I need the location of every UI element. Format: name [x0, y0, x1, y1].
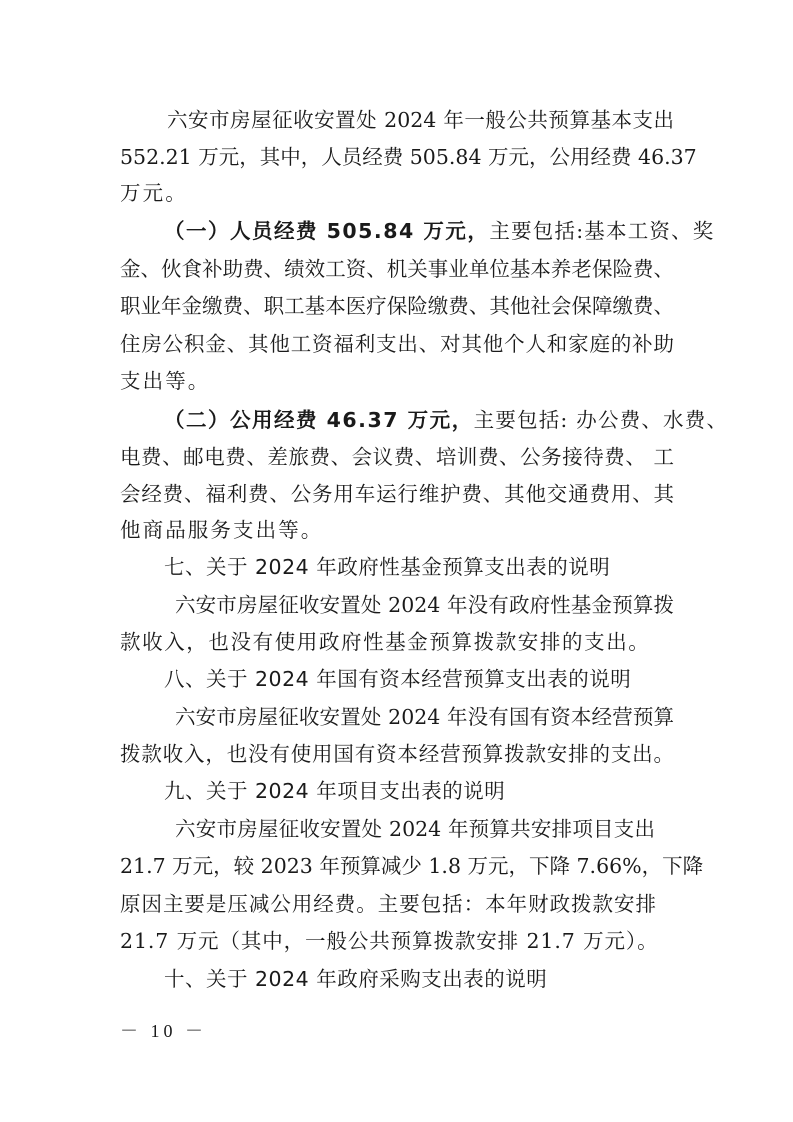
personnel-expenses-heading: （一）人员经费 505.84 万元， [164, 213, 489, 249]
paragraph-line: 金、伙食补助费、绩效工资、机关事业单位基本养老保险费、 [120, 251, 674, 287]
public-expenses-lead: （二）公用经费 46.37 万元， 主要包括: 办公费、水费、 [164, 402, 674, 438]
paragraph-line: 六安市房屋征收安置处 2024 年没有国有资本经营预算 [175, 699, 674, 735]
paragraph-line: 21.7 万元，较 2023 年预算减少 1.8 万元，下降 7.66%，下降 [120, 848, 674, 884]
paragraph-line: 住房公积金、其他工资福利支出、对其他个人和家庭的补助 [120, 326, 674, 362]
paragraph-text: 主要包括:基本工资、奖 [489, 213, 714, 249]
paragraph-line: 六安市房屋征收安置处 2024 年没有政府性基金预算拨 [175, 587, 674, 623]
paragraph-line: 万元。 [120, 175, 188, 211]
section-heading-8: 八、关于 2024 年国有资本经营预算支出表的说明 [164, 661, 631, 697]
public-expenses-heading: （二）公用经费 46.37 万元， [164, 402, 474, 438]
paragraph-line: 他商品服务支出等。 [120, 512, 323, 548]
paragraph-line: 552.21 万元，其中，人员经费 505.84 万元，公用经费 46.37 [120, 139, 674, 175]
paragraph-line: 支出等。 [120, 363, 210, 399]
paragraph-line: 原因主要是压减公用经费。主要包括：本年财政拨款安排 [120, 886, 656, 922]
section-heading-10: 十、关于 2024 年政府采购支出表的说明 [164, 961, 547, 997]
personnel-expenses-lead: （一）人员经费 505.84 万元， 主要包括:基本工资、奖 [164, 213, 674, 249]
paragraph-line: 六安市房屋征收安置处 2024 年一般公共预算基本支出 [167, 102, 674, 138]
section-heading-7: 七、关于 2024 年政府性基金预算支出表的说明 [164, 549, 610, 585]
paragraph-text: 主要包括: 办公费、水费、 [474, 402, 729, 438]
paragraph-line: 拨款收入，也没有使用国有资本经营预算拨款安排的支出。 [120, 736, 674, 772]
paragraph-line: 会经费、福利费、公务用车运行维护费、其他交通费用、其 [120, 476, 674, 512]
paragraph-line: 21.7 万元（其中，一般公共预算拨款安排 21.7 万元）。 [120, 923, 659, 959]
page-number: － 10 － [120, 1017, 207, 1043]
paragraph-line: 六安市房屋征收安置处 2024 年预算共安排项目支出 [175, 811, 655, 847]
section-heading-9: 九、关于 2024 年项目支出表的说明 [164, 773, 505, 809]
paragraph-line: 电费、邮电费、差旅费、会议费、培训费、公务接待费、 工 [120, 439, 674, 475]
paragraph-line: 职业年金缴费、职工基本医疗保险缴费、其他社会保障缴费、 [120, 288, 674, 324]
paragraph-line: 款收入，也没有使用政府性基金预算拨款安排的支出。 [120, 624, 650, 660]
